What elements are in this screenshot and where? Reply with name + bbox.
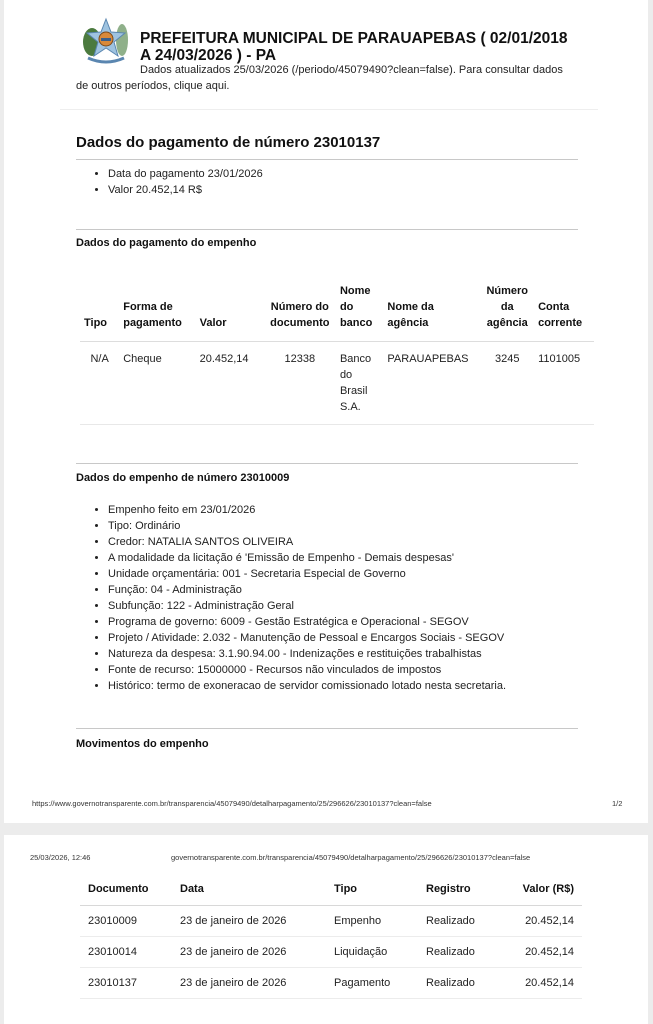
payment-date: Data do pagamento 23/01/2026 xyxy=(108,166,263,182)
table-row: N/A Cheque 20.452,14 12338 Banco do Bras… xyxy=(80,342,594,425)
print-page-number: 1/2 xyxy=(612,799,622,808)
cell-tipo: Liquidação xyxy=(326,937,418,968)
col-valor: Valor (R$) xyxy=(514,875,582,906)
print-page-2: 25/03/2026, 12:46 governotransparente.co… xyxy=(4,835,648,1024)
cell-valor: 20.452,14 xyxy=(514,968,582,999)
col-tipo: Tipo xyxy=(326,875,418,906)
list-item: Empenho feito em 23/01/2026 xyxy=(108,502,506,518)
col-registro: Registro xyxy=(418,875,514,906)
payment-details-title: Dados do pagamento do empenho xyxy=(76,237,256,249)
cell-forma: Cheque xyxy=(119,342,195,425)
coat-of-arms-icon xyxy=(80,16,132,64)
divider xyxy=(76,463,578,464)
list-item: Natureza da despesa: 3.1.90.94.00 - Inde… xyxy=(108,646,506,662)
cell-agencia: PARAUAPEBAS xyxy=(383,342,480,425)
cell-documento: 23010009 xyxy=(80,906,172,937)
divider xyxy=(76,229,578,230)
cell-registro: Realizado xyxy=(418,937,514,968)
updated-notice[interactable]: Dados atualizados 25/03/2026 (/periodo/4… xyxy=(76,62,566,94)
table-header-row: Tipo Forma de pagamento Valor Número do … xyxy=(80,283,594,342)
table-row: 23010009 23 de janeiro de 2026 Empenho R… xyxy=(80,906,582,937)
list-item: Subfunção: 122 - Administração Geral xyxy=(108,598,506,614)
list-item: Fonte de recurso: 15000000 - Recursos nã… xyxy=(108,662,506,678)
page-title: PREFEITURA MUNICIPAL DE PARAUAPEBAS ( 02… xyxy=(140,30,580,64)
list-item: Unidade orçamentária: 001 - Secretaria E… xyxy=(108,566,506,582)
list-item: Tipo: Ordinário xyxy=(108,518,506,534)
divider xyxy=(76,159,578,160)
cell-valor: 20.452,14 xyxy=(514,906,582,937)
payment-title: Dados do pagamento de número 23010137 xyxy=(76,134,380,151)
table-header-row: Documento Data Tipo Registro Valor (R$) xyxy=(80,875,582,906)
cell-data: 23 de janeiro de 2026 xyxy=(172,937,326,968)
payment-value: Valor 20.452,14 R$ xyxy=(108,182,263,198)
movimentos-title: Movimentos do empenho xyxy=(76,738,209,750)
col-nome-agencia: Nome da agência xyxy=(383,283,480,342)
cell-tipo: N/A xyxy=(80,342,119,425)
cell-conta: 1101005 xyxy=(534,342,594,425)
list-item: Projeto / Atividade: 2.032 - Manutenção … xyxy=(108,630,506,646)
list-item: Função: 04 - Administração xyxy=(108,582,506,598)
list-item: Programa de governo: 6009 - Gestão Estra… xyxy=(108,614,506,630)
print-header-datetime: 25/03/2026, 12:46 xyxy=(30,853,90,862)
col-data: Data xyxy=(172,875,326,906)
col-conta-corrente: Conta corrente xyxy=(534,283,594,342)
payment-info-list: Data do pagamento 23/01/2026 Valor 20.45… xyxy=(90,166,263,198)
header-divider xyxy=(60,109,598,110)
table-row: 23010137 23 de janeiro de 2026 Pagamento… xyxy=(80,968,582,999)
payment-details-table: Tipo Forma de pagamento Valor Número do … xyxy=(80,283,594,425)
cell-documento: 23010137 xyxy=(80,968,172,999)
cell-tipo: Pagamento xyxy=(326,968,418,999)
print-footer-url: https://www.governotransparente.com.br/t… xyxy=(32,799,432,808)
movimentos-table: Documento Data Tipo Registro Valor (R$) … xyxy=(80,875,582,999)
cell-documento: 12338 xyxy=(264,342,336,425)
cell-documento: 23010014 xyxy=(80,937,172,968)
col-documento: Documento xyxy=(80,875,172,906)
cell-tipo: Empenho xyxy=(326,906,418,937)
cell-data: 23 de janeiro de 2026 xyxy=(172,906,326,937)
list-item: Credor: NATALIA SANTOS OLIVEIRA xyxy=(108,534,506,550)
cell-num-agencia: 3245 xyxy=(480,342,534,425)
list-item: A modalidade da licitação é 'Emissão de … xyxy=(108,550,506,566)
print-header-url: governotransparente.com.br/transparencia… xyxy=(171,853,530,862)
cell-data: 23 de janeiro de 2026 xyxy=(172,968,326,999)
col-nome-banco: Nome do banco xyxy=(336,283,383,342)
print-page-1: PREFEITURA MUNICIPAL DE PARAUAPEBAS ( 02… xyxy=(4,0,648,823)
cell-valor: 20.452,14 xyxy=(514,937,582,968)
cell-registro: Realizado xyxy=(418,906,514,937)
col-forma-pagamento: Forma de pagamento xyxy=(119,283,195,342)
col-numero-agencia: Número da agência xyxy=(480,283,534,342)
cell-banco: Banco do Brasil S.A. xyxy=(336,342,383,425)
table-row: 23010014 23 de janeiro de 2026 Liquidaçã… xyxy=(80,937,582,968)
list-item: Histórico: termo de exoneracao de servid… xyxy=(108,678,506,694)
empenho-info-list: Empenho feito em 23/01/2026 Tipo: Ordiná… xyxy=(90,502,506,694)
col-valor: Valor xyxy=(196,283,264,342)
cell-valor: 20.452,14 xyxy=(196,342,264,425)
divider xyxy=(76,728,578,729)
cell-registro: Realizado xyxy=(418,968,514,999)
empenho-title: Dados do empenho de número 23010009 xyxy=(76,472,289,484)
col-numero-documento: Número do documento xyxy=(264,283,336,342)
col-tipo: Tipo xyxy=(80,283,119,342)
